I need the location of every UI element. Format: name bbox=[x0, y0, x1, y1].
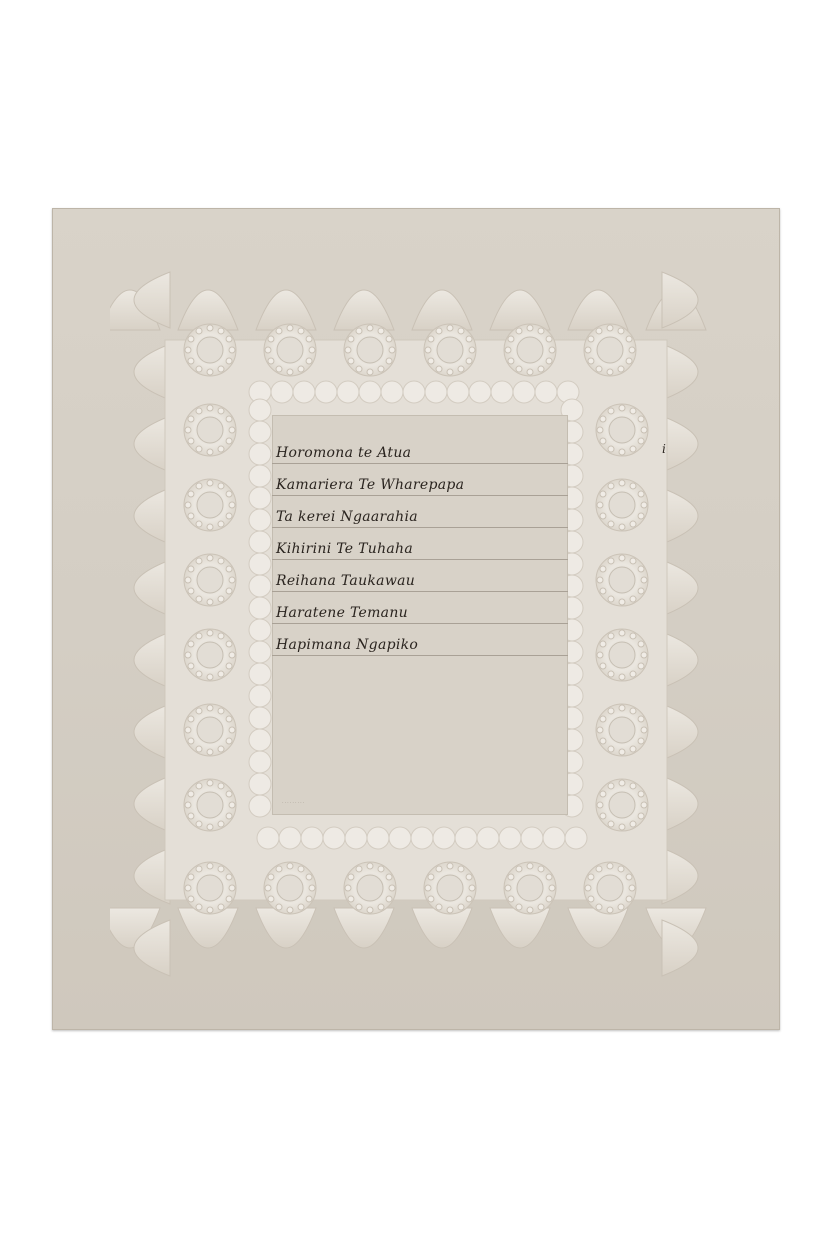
name-line: Horomona te Atua bbox=[272, 437, 568, 464]
handwritten-name: Horomona te Atua bbox=[276, 445, 411, 461]
name-line: Ta kerei Ngaarahia bbox=[272, 501, 568, 528]
name-line: Hapimana Ngapiko bbox=[272, 629, 568, 656]
handwritten-name: Hapimana Ngapiko bbox=[276, 637, 418, 653]
name-line: Kamariera Te Wharepapa bbox=[272, 469, 568, 496]
handwritten-name: Kihirini Te Tuhaha bbox=[276, 541, 413, 557]
name-line: Kihirini Te Tuhaha bbox=[272, 533, 568, 560]
handwritten-name: Reihana Taukawau bbox=[276, 573, 415, 589]
name-line: Haratene Temanu bbox=[272, 597, 568, 624]
margin-mark: i bbox=[662, 442, 666, 456]
maker-mark: ········· bbox=[282, 800, 305, 806]
handwritten-name: Haratene Temanu bbox=[276, 605, 408, 621]
handwritten-name: Kamariera Te Wharepapa bbox=[276, 477, 464, 493]
handwritten-name: Ta kerei Ngaarahia bbox=[276, 509, 418, 525]
name-line: Reihana Taukawau bbox=[272, 565, 568, 592]
name-panel: Horomona te Atua Kamariera Te Wharepapa … bbox=[272, 415, 568, 815]
